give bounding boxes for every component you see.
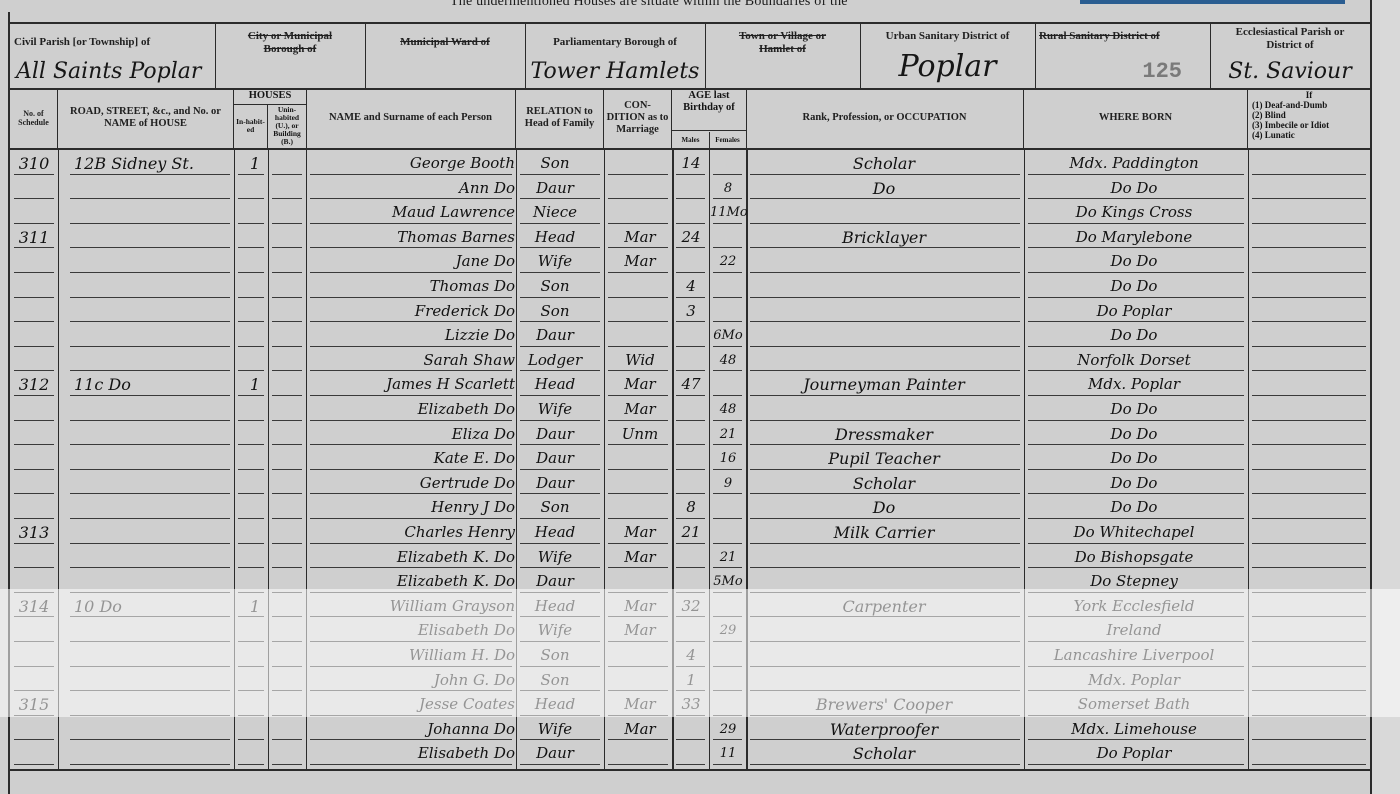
civil-parish-label: Civil Parish [or Township] of: [14, 36, 215, 49]
where-born: Do Kings Cross: [1024, 201, 1244, 224]
inhabited-count: [240, 275, 270, 298]
male-age: 14: [673, 152, 709, 175]
urban-sanitary-label: Urban Sanitary District of: [860, 30, 1035, 43]
relation: Wife: [510, 619, 600, 642]
infirmity-option: (3) Imbecile or Idiot: [1252, 120, 1366, 130]
row-rule: [676, 764, 705, 765]
inhabited-count: 1: [240, 373, 270, 396]
column-headers: No. of Schedule ROAD, STREET, &c., and N…: [10, 88, 1370, 150]
where-born: Mdx. Poplar: [1024, 373, 1244, 396]
where-born: Do Do: [1024, 324, 1244, 347]
marital-condition: Mar: [605, 595, 675, 618]
census-page: The undermentioned Houses are situate wi…: [0, 0, 1400, 794]
marital-condition: Mar: [605, 521, 675, 544]
row-rule: [750, 764, 1020, 765]
schedule-number: 310: [12, 152, 56, 175]
female-age: [710, 373, 746, 396]
occupation: Milk Carrier: [746, 521, 1022, 544]
table-row[interactable]: Kate E. Do Daur 16 Pupil Teacher Do Do: [10, 445, 1370, 470]
schedule-number: [12, 250, 56, 273]
female-age: 48: [710, 349, 746, 372]
occupation: Scholar: [746, 152, 1022, 175]
female-age: 9: [710, 472, 746, 495]
where-born: Ireland: [1024, 619, 1244, 642]
header-where-born: WHERE BORN: [1024, 88, 1248, 148]
female-age: 48: [710, 398, 746, 421]
inhabited-count: [240, 570, 270, 593]
row-rule: [14, 764, 54, 765]
road-address: [66, 546, 254, 569]
header-houses-title: HOUSES: [234, 90, 306, 105]
marital-condition: [605, 472, 675, 495]
table-row[interactable]: 312 11c Do 1 James H Scarlett Head Mar 4…: [10, 371, 1370, 396]
table-row[interactable]: Lizzie Do Daur 6Mo Do Do: [10, 322, 1370, 347]
male-age: 4: [673, 644, 709, 667]
female-age: [710, 644, 746, 667]
road-address: [66, 250, 254, 273]
marital-condition: Mar: [605, 718, 675, 741]
where-born: Somerset Bath: [1024, 693, 1244, 716]
header-inhabited: In-habit-ed: [234, 104, 268, 148]
where-born: Do Do: [1024, 398, 1244, 421]
road-address: [66, 275, 254, 298]
road-address: [66, 324, 254, 347]
table-row[interactable]: Elizabeth Do Wife Mar 48 Do Do: [10, 396, 1370, 421]
schedule-number: 314: [12, 595, 56, 618]
municipal-ward-cell: Municipal Ward of: [365, 24, 526, 88]
where-born: Do Poplar: [1024, 300, 1244, 323]
road-address: [66, 226, 254, 249]
female-age: [710, 669, 746, 692]
row-rule: [608, 764, 668, 765]
header-females: Females: [709, 132, 746, 148]
table-row[interactable]: Jane Do Wife Mar 22 Do Do: [10, 248, 1370, 273]
person-name: Elizabeth K. Do: [310, 570, 519, 593]
marital-condition: [605, 152, 675, 175]
relation: Son: [510, 496, 600, 519]
marital-condition: [605, 644, 675, 667]
schedule-number: [12, 201, 56, 224]
schedule-number: [12, 300, 56, 323]
male-age: [673, 201, 709, 224]
header-age-title: AGE last Birthday of: [672, 90, 746, 131]
marital-condition: [605, 177, 675, 200]
table-row[interactable]: Gertrude Do Daur 9 Scholar Do Do: [10, 470, 1370, 495]
road-address: [66, 177, 254, 200]
relation: Lodger: [510, 349, 600, 372]
male-age: [673, 472, 709, 495]
infirmity-option: (2) Blind: [1252, 110, 1366, 120]
schedule-number: [12, 718, 56, 741]
header-males: Males: [672, 132, 710, 148]
female-age: 16: [710, 447, 746, 470]
header-name: NAME and Surname of each Person: [306, 88, 516, 148]
male-age: 4: [673, 275, 709, 298]
marital-condition: [605, 275, 675, 298]
municipal-borough-cell: City or Municipal Borough of: [215, 24, 366, 88]
person-name: Elizabeth Do: [310, 398, 519, 421]
header-infirmity-if: If: [1252, 90, 1366, 100]
inhabited-count: [240, 669, 270, 692]
table-row[interactable]: Elizabeth K. Do Daur 5Mo Do Stepney: [10, 568, 1370, 593]
male-age: [673, 177, 709, 200]
schedule-number: [12, 496, 56, 519]
where-born: Do Do: [1024, 177, 1244, 200]
person-name: Lizzie Do: [310, 324, 519, 347]
rural-sanitary-label: Rural Sanitary District of: [1039, 30, 1210, 43]
inhabited-count: [240, 201, 270, 224]
marital-condition: Wid: [605, 349, 675, 372]
male-age: [673, 349, 709, 372]
row-rule: [713, 764, 742, 765]
inhabited-count: [240, 546, 270, 569]
relation: Son: [510, 669, 600, 692]
marital-condition: [605, 300, 675, 323]
header-relation: RELATION to Head of Family: [516, 88, 604, 148]
relation: Daur: [510, 447, 600, 470]
page-caption: The undermentioned Houses are situate wi…: [450, 0, 848, 10]
road-address: 10 Do: [66, 595, 254, 618]
table-row[interactable]: Elisabeth Do Wife Mar 29 Ireland: [10, 617, 1370, 642]
road-address: [66, 669, 254, 692]
town-village-label: Town or Village or Hamlet of: [735, 30, 830, 56]
civil-parish-cell: Civil Parish [or Township] of All Saints…: [10, 24, 216, 88]
female-age: [710, 693, 746, 716]
marital-condition: [605, 570, 675, 593]
road-address: [66, 619, 254, 642]
relation: Son: [510, 275, 600, 298]
row-rule: [1252, 764, 1366, 765]
relation: Son: [510, 644, 600, 667]
town-village-cell: Town or Village or Hamlet of: [705, 24, 861, 88]
occupation: Journeyman Painter: [746, 373, 1022, 396]
relation: Wife: [510, 250, 600, 273]
occupation: [746, 619, 1022, 642]
page-right-margin: [1370, 0, 1400, 794]
relation: Daur: [510, 742, 600, 765]
inhabited-count: [240, 742, 270, 765]
table-row[interactable]: Henry J Do Son 8 Do Do Do: [10, 494, 1370, 519]
row-rule: [70, 764, 230, 765]
ecclesiastical-parish-value: St. Saviour: [1210, 59, 1370, 84]
female-age: [710, 521, 746, 544]
occupation: [746, 398, 1022, 421]
table-row[interactable]: 310 12B Sidney St. 1 George Booth Son 14…: [10, 150, 1370, 175]
male-age: [673, 742, 709, 765]
inhabited-count: [240, 644, 270, 667]
where-born: Do Do: [1024, 275, 1244, 298]
marital-condition: [605, 324, 675, 347]
table-row[interactable]: Thomas Do Son 4 Do Do: [10, 273, 1370, 298]
relation: Son: [510, 152, 600, 175]
road-address: [66, 398, 254, 421]
marital-condition: Unm: [605, 423, 675, 446]
rural-sanitary-cell: Rural Sanitary District of 125: [1035, 24, 1211, 88]
person-name: Elisabeth Do: [310, 742, 519, 765]
road-address: [66, 447, 254, 470]
row-rule: [310, 764, 512, 765]
occupation: [746, 324, 1022, 347]
table-row[interactable]: Ann Do Daur 8 Do Do Do: [10, 175, 1370, 200]
road-address: [66, 521, 254, 544]
table-row[interactable]: Frederick Do Son 3 Do Poplar: [10, 298, 1370, 323]
female-age: 21: [710, 546, 746, 569]
where-born: Do Marylebone: [1024, 226, 1244, 249]
person-name: Elisabeth Do: [310, 619, 519, 642]
male-age: 47: [673, 373, 709, 396]
marital-condition: Mar: [605, 619, 675, 642]
relation: Daur: [510, 177, 600, 200]
header-road: ROAD, STREET, &c., and No. or NAME of HO…: [58, 88, 234, 148]
relation: Head: [510, 595, 600, 618]
road-address: [66, 201, 254, 224]
where-born: Do Do: [1024, 250, 1244, 273]
marital-condition: [605, 742, 675, 765]
male-age: 32: [673, 595, 709, 618]
inhabited-count: [240, 472, 270, 495]
female-age: [710, 226, 746, 249]
male-age: 33: [673, 693, 709, 716]
schedule-number: 315: [12, 693, 56, 716]
where-born: Do Stepney: [1024, 570, 1244, 593]
person-name: Gertrude Do: [310, 472, 519, 495]
where-born: York Ecclesfield: [1024, 595, 1244, 618]
occupation: [746, 644, 1022, 667]
person-name: Henry J Do: [310, 496, 519, 519]
bottom-rule: [10, 769, 1370, 771]
male-age: [673, 546, 709, 569]
female-age: [710, 152, 746, 175]
urban-sanitary-cell: Urban Sanitary District of Poplar: [860, 24, 1036, 88]
person-name: Ann Do: [310, 177, 519, 200]
ecclesiastical-parish-cell: Ecclesiastical Parish or District of St.…: [1210, 24, 1370, 88]
female-age: 8: [710, 177, 746, 200]
person-name: Jesse Coates: [310, 693, 519, 716]
male-age: 1: [673, 669, 709, 692]
schedule-number: [12, 275, 56, 298]
occupation: Dressmaker: [746, 423, 1022, 446]
row-rule: [1028, 764, 1244, 765]
female-age: [710, 300, 746, 323]
relation: Head: [510, 226, 600, 249]
person-name: John G. Do: [310, 669, 519, 692]
road-address: [66, 300, 254, 323]
female-age: 21: [710, 423, 746, 446]
occupation: Scholar: [746, 742, 1022, 765]
person-name: Charles Henry: [310, 521, 519, 544]
road-address: [66, 718, 254, 741]
schedule-number: 313: [12, 521, 56, 544]
municipal-ward-label: Municipal Ward of: [365, 36, 525, 49]
occupation: Pupil Teacher: [746, 447, 1022, 470]
header-uninhabited: Unin-habited (U.), or Building (B.): [268, 104, 306, 148]
schedule-number: [12, 349, 56, 372]
table-row[interactable]: Johanna Do Wife Mar 29 Waterproofer Mdx.…: [10, 716, 1370, 741]
table-row[interactable]: Eliza Do Daur Unm 21 Dressmaker Do Do: [10, 421, 1370, 446]
female-age: [710, 595, 746, 618]
district-header: Civil Parish [or Township] of All Saints…: [10, 22, 1370, 90]
schedule-number: [12, 324, 56, 347]
marital-condition: Mar: [605, 226, 675, 249]
person-name: Kate E. Do: [310, 447, 519, 470]
where-born: Do Do: [1024, 447, 1244, 470]
inhabited-count: [240, 300, 270, 323]
road-address: [66, 570, 254, 593]
inhabited-count: [240, 521, 270, 544]
parliamentary-borough-label: Parliamentary Borough of: [525, 36, 705, 49]
header-occupation: Rank, Profession, or OCCUPATION: [746, 88, 1024, 148]
header-age: AGE last Birthday of Males Females: [672, 88, 747, 148]
road-address: [66, 693, 254, 716]
schedule-number: 312: [12, 373, 56, 396]
schedule-number: 311: [12, 226, 56, 249]
schedule-number: [12, 398, 56, 421]
marital-condition: [605, 201, 675, 224]
male-age: [673, 250, 709, 273]
where-born: Mdx. Poplar: [1024, 669, 1244, 692]
table-row[interactable]: 315 Jesse Coates Head Mar 33 Brewers' Co…: [10, 691, 1370, 716]
occupation: [746, 300, 1022, 323]
male-age: [673, 447, 709, 470]
table-row[interactable]: Elizabeth K. Do Wife Mar 21 Do Bishopsga…: [10, 544, 1370, 569]
road-address: [66, 496, 254, 519]
row-rule: [238, 764, 264, 765]
road-address: [66, 644, 254, 667]
occupation: Carpenter: [746, 595, 1022, 618]
occupation: Waterproofer: [746, 718, 1022, 741]
occupation: [746, 546, 1022, 569]
table-row[interactable]: John G. Do Son 1 Mdx. Poplar: [10, 667, 1370, 692]
inhabited-count: [240, 423, 270, 446]
female-age: 22: [710, 250, 746, 273]
road-address: [66, 742, 254, 765]
marital-condition: Mar: [605, 373, 675, 396]
table-row[interactable]: 314 10 Do 1 William Grayson Head Mar 32 …: [10, 593, 1370, 618]
person-name: Elizabeth K. Do: [310, 546, 519, 569]
header-schedule: No. of Schedule: [10, 88, 58, 148]
inhabited-count: [240, 349, 270, 372]
marital-condition: Mar: [605, 398, 675, 421]
occupation: [746, 275, 1022, 298]
census-entries: 310 12B Sidney St. 1 George Booth Son 14…: [10, 150, 1370, 794]
occupation: [746, 349, 1022, 372]
schedule-number: [12, 546, 56, 569]
inhabited-count: [240, 177, 270, 200]
where-born: Do Do: [1024, 496, 1244, 519]
road-address: [66, 472, 254, 495]
schedule-number: [12, 447, 56, 470]
inhabited-count: [240, 226, 270, 249]
relation: Wife: [510, 398, 600, 421]
inhabited-count: [240, 447, 270, 470]
marital-condition: [605, 496, 675, 519]
female-age: 6Mo: [710, 324, 746, 347]
male-age: 21: [673, 521, 709, 544]
male-age: [673, 324, 709, 347]
marital-condition: Mar: [605, 546, 675, 569]
occupation: [746, 201, 1022, 224]
header-houses: HOUSES In-habit-ed Unin-habited (U.), or…: [234, 88, 307, 148]
relation: Head: [510, 693, 600, 716]
schedule-number: [12, 570, 56, 593]
person-name: Sarah Shaw: [310, 349, 519, 372]
table-row[interactable]: 313 Charles Henry Head Mar 21 Milk Carri…: [10, 519, 1370, 544]
marital-condition: Mar: [605, 250, 675, 273]
male-age: [673, 619, 709, 642]
marital-condition: [605, 447, 675, 470]
schedule-number: [12, 177, 56, 200]
relation: Son: [510, 300, 600, 323]
female-age: 29: [710, 619, 746, 642]
row-rule: [520, 764, 600, 765]
road-address: [66, 423, 254, 446]
relation: Head: [510, 373, 600, 396]
table-row[interactable]: 311 Thomas Barnes Head Mar 24 Bricklayer…: [10, 224, 1370, 249]
where-born: Do Do: [1024, 472, 1244, 495]
person-name: Maud Lawrence: [310, 201, 519, 224]
person-name: Johanna Do: [310, 718, 519, 741]
male-age: [673, 398, 709, 421]
occupation: Do: [746, 177, 1022, 200]
civil-parish-value: All Saints Poplar: [16, 59, 215, 84]
infirmity-option: (1) Deaf-and-Dumb: [1252, 100, 1366, 110]
table-row[interactable]: Elisabeth Do Daur 11 Scholar Do Poplar: [10, 740, 1370, 765]
viewer-toolbar-edge: [1200, 0, 1345, 4]
inhabited-count: [240, 619, 270, 642]
relation: Daur: [510, 570, 600, 593]
where-born: Do Whitechapel: [1024, 521, 1244, 544]
relation: Niece: [510, 201, 600, 224]
header-infirmity: If (1) Deaf-and-Dumb (2) Blind (3) Imbec…: [1248, 88, 1370, 148]
table-row[interactable]: William H. Do Son 4 Lancashire Liverpool: [10, 642, 1370, 667]
where-born: Norfolk Dorset: [1024, 349, 1244, 372]
male-age: 24: [673, 226, 709, 249]
where-born: Mdx. Paddington: [1024, 152, 1244, 175]
inhabited-count: [240, 250, 270, 273]
relation: Daur: [510, 423, 600, 446]
table-row[interactable]: Sarah Shaw Lodger Wid 48 Norfolk Dorset: [10, 347, 1370, 372]
occupation: Do: [746, 496, 1022, 519]
table-row[interactable]: Maud Lawrence Niece 11Mo Do Kings Cross: [10, 199, 1370, 224]
relation: Head: [510, 521, 600, 544]
person-name: Frederick Do: [310, 300, 519, 323]
inhabited-count: [240, 693, 270, 716]
male-age: [673, 718, 709, 741]
person-name: William Grayson: [310, 595, 519, 618]
relation: Daur: [510, 324, 600, 347]
person-name: Thomas Barnes: [310, 226, 519, 249]
where-born: Do Poplar: [1024, 742, 1244, 765]
person-name: James H Scarlett: [310, 373, 519, 396]
marital-condition: Mar: [605, 693, 675, 716]
male-age: 8: [673, 496, 709, 519]
occupation: Bricklayer: [746, 226, 1022, 249]
female-age: 29: [710, 718, 746, 741]
schedule-number: [12, 472, 56, 495]
male-age: [673, 570, 709, 593]
where-born: Do Bishopsgate: [1024, 546, 1244, 569]
municipal-borough-label: City or Municipal Borough of: [235, 30, 345, 56]
inhabited-count: [240, 324, 270, 347]
inhabited-count: [240, 398, 270, 421]
female-age: 5Mo: [710, 570, 746, 593]
relation: Daur: [510, 472, 600, 495]
person-name: William H. Do: [310, 644, 519, 667]
occupation: Scholar: [746, 472, 1022, 495]
header-condition: CON-DITION as to Marriage: [604, 88, 672, 148]
person-name: George Booth: [310, 152, 519, 175]
relation: Wife: [510, 546, 600, 569]
